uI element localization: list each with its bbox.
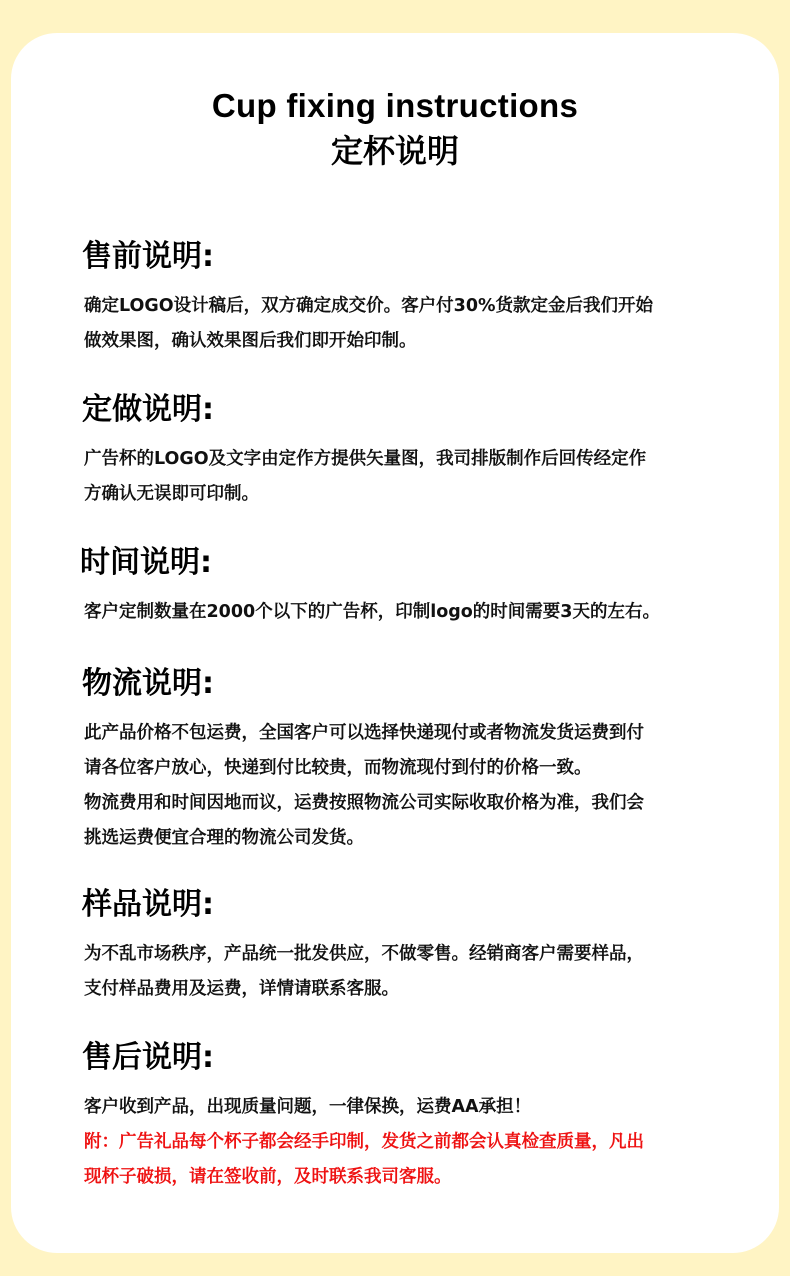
body-line: 广告杯的LOGO及文字由定作方提供矢量图，我司排版制作后回传经定作 [84, 442, 732, 477]
body-line: 客户收到产品，出现质量问题，一律保换，运费AA承担！ [84, 1090, 732, 1125]
section-body: 客户收到产品，出现质量问题，一律保换，运费AA承担！ 附：广告礼品每个杯子都会经… [84, 1090, 732, 1195]
body-line: 做效果图，确认效果图后我们即开始印制。 [84, 324, 732, 359]
page-title-chinese: 定杯说明 [0, 130, 790, 172]
warning-note-line: 现杯子破损，请在签收前，及时联系我司客服。 [84, 1160, 732, 1195]
body-line: 客户定制数量在2000个以下的广告杯，印制logo的时间需要3天的左右。 [84, 595, 730, 630]
section-time: 时间说明: 客户定制数量在2000个以下的广告杯，印制logo的时间需要3天的左… [80, 543, 730, 630]
section-pre-sale: 售前说明: 确定LOGO设计稿后，双方确定成交价。客户付30%货款定金后我们开始… [82, 237, 732, 359]
section-heading: 售前说明: [82, 237, 732, 277]
section-body: 客户定制数量在2000个以下的广告杯，印制logo的时间需要3天的左右。 [84, 595, 730, 630]
body-line: 为不乱市场秩序，产品统一批发供应，不做零售。经销商客户需要样品， [84, 937, 732, 972]
section-samples: 样品说明: 为不乱市场秩序，产品统一批发供应，不做零售。经销商客户需要样品， 支… [82, 885, 732, 1007]
section-heading: 物流说明: [82, 664, 732, 704]
body-line: 此产品价格不包运费，全国客户可以选择快递现付或者物流发货运费到付 [84, 716, 732, 751]
section-logistics: 物流说明: 此产品价格不包运费，全国客户可以选择快递现付或者物流发货运费到付 请… [82, 664, 732, 856]
section-customization: 定做说明: 广告杯的LOGO及文字由定作方提供矢量图，我司排版制作后回传经定作 … [82, 390, 732, 512]
warning-note-line: 附：广告礼品每个杯子都会经手印制，发货之前都会认真检查质量，凡出 [84, 1125, 732, 1160]
section-after-sale: 售后说明: 客户收到产品，出现质量问题，一律保换，运费AA承担！ 附：广告礼品每… [82, 1038, 732, 1195]
section-heading: 定做说明: [82, 390, 732, 430]
body-line: 支付样品费用及运费，详情请联系客服。 [84, 972, 732, 1007]
body-line: 方确认无误即可印制。 [84, 477, 732, 512]
section-heading: 售后说明: [82, 1038, 732, 1078]
section-body: 为不乱市场秩序，产品统一批发供应，不做零售。经销商客户需要样品， 支付样品费用及… [84, 937, 732, 1007]
section-heading: 时间说明: [80, 543, 730, 583]
section-body: 此产品价格不包运费，全国客户可以选择快递现付或者物流发货运费到付 请各位客户放心… [84, 716, 732, 856]
page-title-english: Cup fixing instructions [0, 86, 790, 126]
body-line: 确定LOGO设计稿后，双方确定成交价。客户付30%货款定金后我们开始 [84, 289, 732, 324]
body-line: 挑选运费便宜合理的物流公司发货。 [84, 821, 732, 856]
section-heading: 样品说明: [82, 885, 732, 925]
body-line: 物流费用和时间因地而议，运费按照物流公司实际收取价格为准，我们会 [84, 786, 732, 821]
section-body: 广告杯的LOGO及文字由定作方提供矢量图，我司排版制作后回传经定作 方确认无误即… [84, 442, 732, 512]
section-body: 确定LOGO设计稿后，双方确定成交价。客户付30%货款定金后我们开始 做效果图，… [84, 289, 732, 359]
body-line: 请各位客户放心，快递到付比较贵，而物流现付到付的价格一致。 [84, 751, 732, 786]
